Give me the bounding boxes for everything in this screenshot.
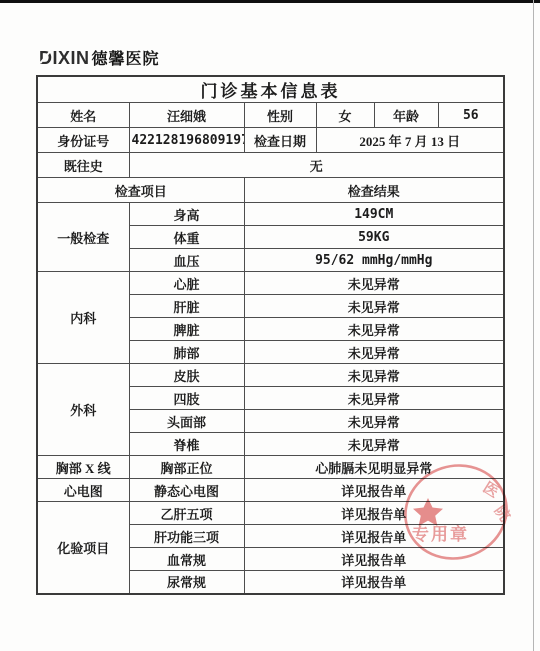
group-label-surgery: 外科 bbox=[37, 364, 129, 456]
group-label-ecg: 心电图 bbox=[37, 479, 129, 502]
hospital-logo-latin: DIXIN bbox=[39, 48, 90, 69]
age-value: 56 bbox=[438, 103, 504, 128]
item-cell: 身高 bbox=[129, 203, 244, 226]
result-cell: 95/62 mmHg/mmHg bbox=[244, 249, 504, 272]
result-cell: 未见异常 bbox=[244, 272, 504, 295]
item-cell: 脊椎 bbox=[129, 433, 244, 456]
result-cell: 未见异常 bbox=[244, 364, 504, 387]
item-cell: 心脏 bbox=[129, 272, 244, 295]
item-cell: 头面部 bbox=[129, 410, 244, 433]
history-label: 既往史 bbox=[37, 153, 129, 178]
result-cell: 详见报告单 bbox=[244, 502, 504, 525]
history-value: 无 bbox=[129, 153, 504, 178]
hospital-logo-cjk: 德馨医院 bbox=[92, 46, 160, 69]
form-title: 门诊基本信息表 bbox=[37, 76, 504, 103]
scanned-form-page: DIXIN 德馨医院 门诊基本信息表 姓名 汪细娥 性别 女 年龄 56 身份证… bbox=[0, 0, 540, 651]
result-cell: 未见异常 bbox=[244, 318, 504, 341]
item-cell: 静态心电图 bbox=[129, 479, 244, 502]
result-cell: 未见异常 bbox=[244, 433, 504, 456]
name-label: 姓名 bbox=[37, 103, 129, 128]
group-label-general: 一般检查 bbox=[37, 203, 129, 272]
item-cell: 尿常规 bbox=[129, 571, 244, 594]
result-cell: 149CM bbox=[244, 203, 504, 226]
group-label-internal: 内科 bbox=[37, 272, 129, 364]
scan-edge-top bbox=[0, 0, 540, 3]
item-cell: 血常规 bbox=[129, 548, 244, 571]
result-cell: 详见报告单 bbox=[244, 479, 504, 502]
result-cell: 心肺膈未见明显异常 bbox=[244, 456, 504, 479]
name-value: 汪细娥 bbox=[129, 103, 244, 128]
result-cell: 未见异常 bbox=[244, 341, 504, 364]
item-cell: 肝功能三项 bbox=[129, 525, 244, 548]
item-cell: 皮肤 bbox=[129, 364, 244, 387]
item-cell: 血压 bbox=[129, 249, 244, 272]
gender-label: 性别 bbox=[244, 103, 316, 128]
result-cell: 详见报告单 bbox=[244, 525, 504, 548]
scan-edge-right bbox=[533, 0, 534, 651]
result-cell: 未见异常 bbox=[244, 295, 504, 318]
gender-value: 女 bbox=[316, 103, 374, 128]
age-label: 年龄 bbox=[374, 103, 438, 128]
result-cell: 未见异常 bbox=[244, 410, 504, 433]
result-cell: 详见报告单 bbox=[244, 548, 504, 571]
item-cell: 体重 bbox=[129, 226, 244, 249]
result-cell: 详见报告单 bbox=[244, 571, 504, 594]
result-cell: 未见异常 bbox=[244, 387, 504, 410]
hospital-logo: DIXIN 德馨医院 bbox=[39, 46, 160, 69]
item-cell: 脾脏 bbox=[129, 318, 244, 341]
exam-date-label: 检查日期 bbox=[244, 128, 316, 153]
id-value: 422128196809197522 bbox=[129, 128, 244, 153]
result-cell: 59KG bbox=[244, 226, 504, 249]
item-cell: 肺部 bbox=[129, 341, 244, 364]
id-label: 身份证号 bbox=[37, 128, 129, 153]
exam-date-value: 2025 年 7 月 13 日 bbox=[316, 128, 504, 153]
item-cell: 四肢 bbox=[129, 387, 244, 410]
item-cell: 肝脏 bbox=[129, 295, 244, 318]
item-column-header: 检查项目 bbox=[37, 178, 244, 203]
result-column-header: 检查结果 bbox=[244, 178, 504, 203]
outpatient-info-table: 门诊基本信息表 姓名 汪细娥 性别 女 年龄 56 身份证号 422128196… bbox=[36, 75, 505, 595]
group-label-lab: 化验项目 bbox=[37, 502, 129, 594]
group-label-chest-xray: 胸部 X 线 bbox=[37, 456, 129, 479]
item-cell: 乙肝五项 bbox=[129, 502, 244, 525]
item-cell: 胸部正位 bbox=[129, 456, 244, 479]
